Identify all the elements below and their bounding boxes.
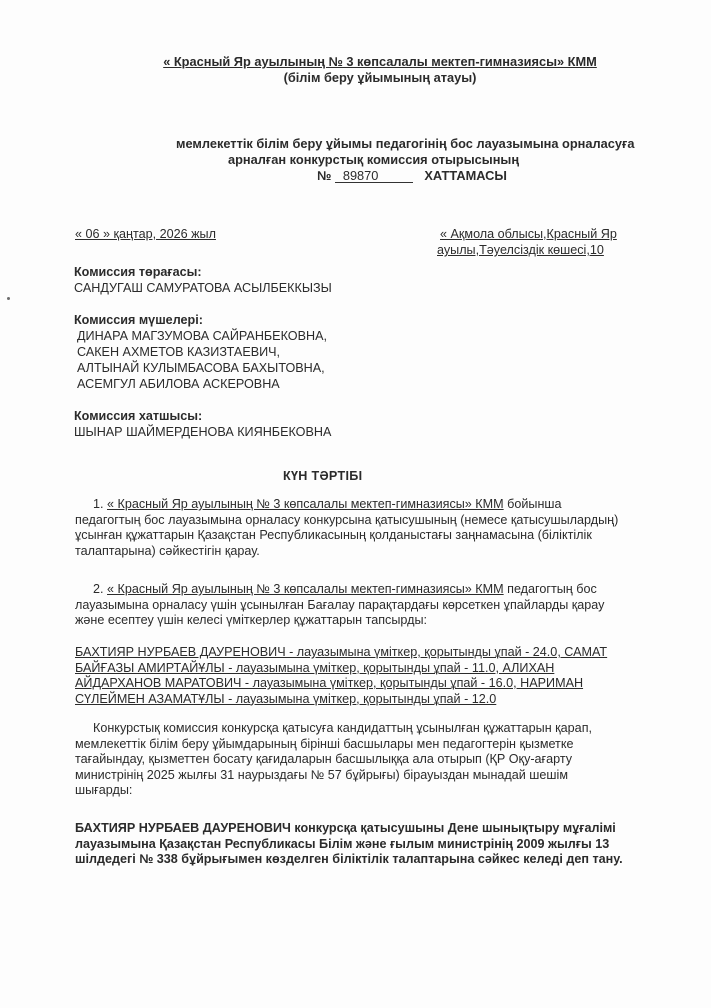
review-line: шығарды: [75, 783, 665, 799]
secretary-name: ШЫНАР ШАЙМЕРДЕНОВА КИЯНБЕКОВНА [74, 425, 331, 441]
protocol-title: ХАТТАМАСЫ [424, 168, 507, 183]
agenda-item-line: педагогтың бос лауазымына орналасу конку… [75, 513, 665, 529]
review-line: Конкурстық комиссия конкурсқа қатысуға к… [75, 721, 665, 737]
decision-line: шілдедегі № 338 бұйрығымен көзделген біл… [75, 852, 665, 868]
review-line: тағайындау, қызметтен босату қағидаларын… [75, 752, 665, 768]
organization-caption: (білім беру ұйымының атауы) [0, 70, 711, 86]
decision-line: БАХТИЯР НУРБАЕВ ДАУРЕНОВИЧ конкурсқа қат… [75, 821, 665, 837]
agenda-item-org: « Красный Яр ауылының № 3 көпсалалы мект… [107, 497, 504, 511]
agenda-item-line: талаптарына) сәйкестігін қарау. [75, 544, 665, 560]
review-paragraph: Конкурстық комиссия конкурсқа қатысуға к… [75, 721, 665, 799]
protocol-number: 89870 [335, 169, 413, 183]
agenda-item-number: 2. [93, 582, 104, 596]
protocol-heading-line-2: арналған конкурстық комиссия отырысының [228, 152, 519, 168]
agenda-item-2-first-line: 2. « Красный Яр ауылының № 3 көпсалалы м… [75, 582, 665, 598]
agenda-item-text: педагогтың бос [504, 582, 597, 596]
agenda-item-line: лауазымына орналасу үшін ұсынылған Бағал… [75, 598, 665, 614]
agenda-item-2: 2. « Красный Яр ауылының № 3 көпсалалы м… [75, 582, 665, 629]
member-name: АСЕМГУЛ АБИЛОВА АСКЕРОВНА [77, 377, 280, 393]
candidate-line: СҮЛЕЙМЕН АЗАМАТҰЛЫ - лауазымына үміткер,… [75, 692, 665, 708]
organization-name: « Красный Яр ауылының № 3 көпсалалы мект… [0, 54, 711, 70]
meeting-place-line-1: « Ақмола облысы,Красный Яр [440, 227, 617, 243]
agenda-item-line: ұсынған құжаттарын Қазақстан Республикас… [75, 528, 665, 544]
agenda-item-org: « Красный Яр ауылының № 3 көпсалалы мект… [107, 582, 504, 596]
decision-paragraph: БАХТИЯР НУРБАЕВ ДАУРЕНОВИЧ конкурсқа қат… [75, 821, 665, 868]
document-page: « Красный Яр ауылының № 3 көпсалалы мект… [0, 0, 711, 1008]
members-label: Комиссия мүшелері: [74, 313, 203, 329]
agenda-title: КҮН ТӘРТІБІ [283, 469, 362, 485]
agenda-item-text: бойынша [504, 497, 562, 511]
agenda-item-1: 1. « Красный Яр ауылының № 3 көпсалалы м… [75, 497, 665, 559]
number-sign: № [317, 168, 331, 183]
review-line: министрінің 2025 жылғы 31 наурыздағы № 5… [75, 768, 665, 784]
meeting-place-line-2: ауылы,Тәуелсіздік көшесі,10 [437, 243, 604, 259]
chair-name: САНДУГАШ САМУРАТОВА АСЫЛБЕККЫЗЫ [74, 281, 332, 297]
agenda-item-line: және есептеу үшін келесі үміткерлер құжа… [75, 613, 665, 629]
agenda-item-number: 1. [93, 497, 104, 511]
candidate-line: БАХТИЯР НУРБАЕВ ДАУРЕНОВИЧ - лауазымына … [75, 645, 665, 661]
review-line: мемлекеттік білім беру ұйымдарының бірін… [75, 737, 665, 753]
candidate-line: БАЙҒАЗЫ АМИРТАЙҰЛЫ - лауазымына үміткер,… [75, 661, 665, 677]
member-name: АЛТЫНАЙ КУЛЫМБАСОВА БАХЫТОВНА, [77, 361, 325, 377]
candidates-list: БАХТИЯР НУРБАЕВ ДАУРЕНОВИЧ - лауазымына … [75, 645, 665, 707]
meeting-date: « 06 » қаңтар, 2026 жыл [75, 227, 216, 243]
chair-label: Комиссия төрағасы: [74, 265, 202, 281]
scan-speck [7, 297, 10, 300]
secretary-label: Комиссия хатшысы: [74, 409, 202, 425]
agenda-item-1-first-line: 1. « Красный Яр ауылының № 3 көпсалалы м… [75, 497, 665, 513]
member-name: ДИНАРА МАГЗУМОВА САЙРАНБЕКОВНА, [77, 329, 327, 345]
protocol-heading-line-1: мемлекеттік білім беру ұйымы педагогінің… [176, 136, 634, 152]
decision-line: лауазымына Қазақстан Республикасы Білім … [75, 837, 665, 853]
protocol-number-line: № 89870 ХАТТАМАСЫ [317, 168, 507, 184]
member-name: САКЕН АХМЕТОВ КАЗИЗТАЕВИЧ, [77, 345, 280, 361]
candidate-line: АЙДАРХАНОВ МАРАТОВИЧ - лауазымына үмітке… [75, 676, 665, 692]
organization-name-text: « Красный Яр ауылының № 3 көпсалалы мект… [163, 54, 597, 69]
